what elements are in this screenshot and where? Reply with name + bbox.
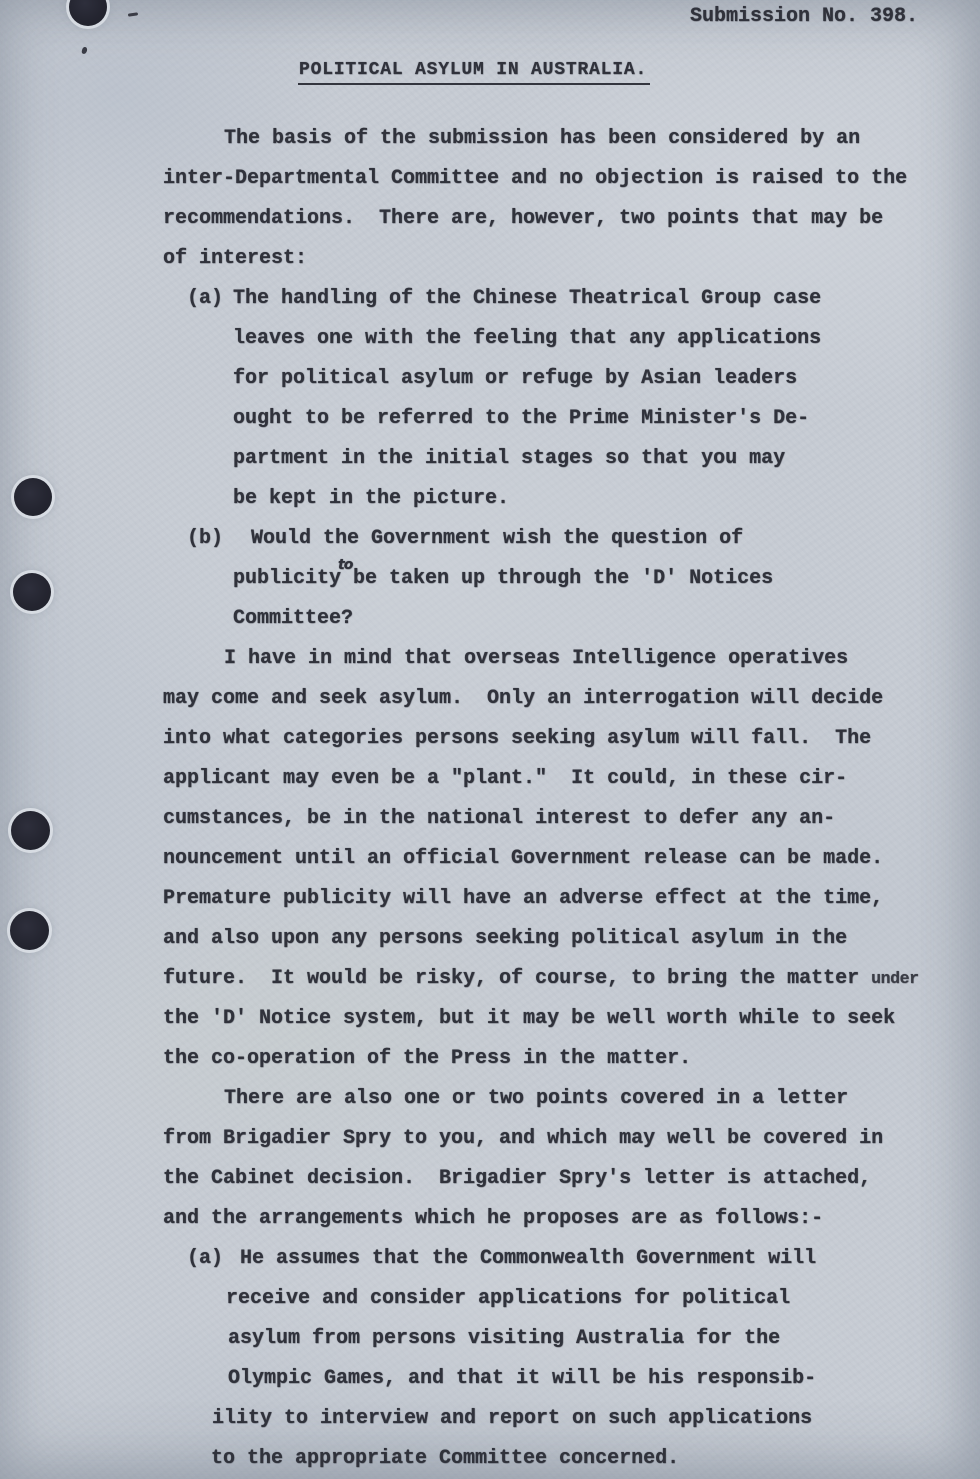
typed-text: and the arrangements which he proposes a… bbox=[163, 1207, 823, 1230]
typed-line: publicityto be taken up through the 'D' … bbox=[0, 567, 980, 593]
text-segment: and also upon any persons seeking politi… bbox=[163, 927, 847, 950]
typed-line: asylum from persons visiting Australia f… bbox=[0, 1327, 980, 1353]
typed-text: the Cabinet decision. Brigadier Spry's l… bbox=[163, 1167, 871, 1190]
document-body: The basis of the submission has been con… bbox=[0, 0, 980, 1479]
typed-line: and the arrangements which he proposes a… bbox=[0, 1207, 980, 1233]
text-segment: cumstances, be in the national interest … bbox=[163, 807, 835, 830]
typed-line: applicant may even be a "plant." It coul… bbox=[0, 767, 980, 793]
typed-text: applicant may even be a "plant." It coul… bbox=[163, 767, 847, 790]
text-segment: The handling of the Chinese Theatrical G… bbox=[233, 287, 821, 310]
typed-line: for political asylum or refuge by Asian … bbox=[0, 367, 980, 393]
text-segment: Olympic Games, and that it will be his r… bbox=[228, 1367, 816, 1390]
typed-line: into what categories persons seeking asy… bbox=[0, 727, 980, 753]
typed-line: inter-Departmental Committee and no obje… bbox=[0, 167, 980, 193]
typed-text: future. It would be risky, of course, to… bbox=[163, 967, 919, 990]
typed-line: from Brigadier Spry to you, and which ma… bbox=[0, 1127, 980, 1153]
typed-line: cumstances, be in the national interest … bbox=[0, 807, 980, 833]
text-segment: be taken up through the 'D' Notices bbox=[341, 567, 773, 590]
typed-text: nouncement until an official Government … bbox=[163, 847, 883, 870]
typed-text: be kept in the picture. bbox=[233, 487, 509, 510]
typed-line: be kept in the picture. bbox=[0, 487, 980, 513]
list-item-label: (b) bbox=[187, 527, 223, 550]
text-segment: applicant may even be a "plant." It coul… bbox=[163, 767, 847, 790]
typed-line: Premature publicity will have an adverse… bbox=[0, 887, 980, 913]
typed-line: There are also one or two points covered… bbox=[0, 1087, 980, 1113]
typed-line: of interest: bbox=[0, 247, 980, 273]
text-segment: and the arrangements which he proposes a… bbox=[163, 1207, 823, 1230]
typed-text: receive and consider applications for po… bbox=[226, 1287, 790, 1310]
typed-line: ility to interview and report on such ap… bbox=[0, 1407, 980, 1433]
typed-line: the Cabinet decision. Brigadier Spry's l… bbox=[0, 1167, 980, 1193]
typed-line: ought to be referred to the Prime Minist… bbox=[0, 407, 980, 433]
typed-text: Committee? bbox=[233, 607, 353, 630]
typed-line: partment in the initial stages so that y… bbox=[0, 447, 980, 473]
typed-line: (a)He assumes that the Commonwealth Gove… bbox=[0, 1247, 980, 1273]
text-segment: ility to interview and report on such ap… bbox=[212, 1407, 812, 1430]
typed-line: (a)The handling of the Chinese Theatrica… bbox=[0, 287, 980, 313]
typed-text: to the appropriate Committee concerned. bbox=[211, 1447, 679, 1470]
text-segment: He assumes that the Commonwealth Governm… bbox=[240, 1247, 816, 1270]
typed-line: Committee? bbox=[0, 607, 980, 633]
typed-text: I have in mind that overseas Intelligenc… bbox=[224, 647, 848, 670]
typed-line: the 'D' Notice system, but it may be wel… bbox=[0, 1007, 980, 1033]
text-segment: into what categories persons seeking asy… bbox=[163, 727, 871, 750]
typed-text: and also upon any persons seeking politi… bbox=[163, 927, 847, 950]
typed-text: partment in the initial stages so that y… bbox=[233, 447, 785, 470]
text-segment: ought to be referred to the Prime Minist… bbox=[233, 407, 809, 430]
typed-line: to the appropriate Committee concerned. bbox=[0, 1447, 980, 1473]
typed-text: He assumes that the Commonwealth Governm… bbox=[240, 1247, 816, 1270]
text-segment: from Brigadier Spry to you, and which ma… bbox=[163, 1127, 883, 1150]
typed-line: Olympic Games, and that it will be his r… bbox=[0, 1367, 980, 1393]
text-segment: inter-Departmental Committee and no obje… bbox=[163, 167, 907, 190]
typed-text: for political asylum or refuge by Asian … bbox=[233, 367, 797, 390]
text-segment: Committee? bbox=[233, 607, 353, 630]
text-segment: be kept in the picture. bbox=[233, 487, 509, 510]
text-segment: Premature publicity will have an adverse… bbox=[163, 887, 883, 910]
typed-text: ought to be referred to the Prime Minist… bbox=[233, 407, 809, 430]
typed-text: the 'D' Notice system, but it may be wel… bbox=[163, 1007, 895, 1030]
typed-line: recommendations. There are, however, two… bbox=[0, 207, 980, 233]
typed-line: and also upon any persons seeking politi… bbox=[0, 927, 980, 953]
text-segment: future. It would be risky, of course, to… bbox=[163, 967, 871, 990]
typed-text: inter-Departmental Committee and no obje… bbox=[163, 167, 907, 190]
typed-text: The handling of the Chinese Theatrical G… bbox=[233, 287, 821, 310]
typed-text: Premature publicity will have an adverse… bbox=[163, 887, 883, 910]
typed-line: the co-operation of the Press in the mat… bbox=[0, 1047, 980, 1073]
text-segment: The basis of the submission has been con… bbox=[224, 127, 860, 150]
document-page: Submission No. 398. POLITICAL ASYLUM IN … bbox=[0, 0, 980, 1479]
typed-line: (b)Would the Government wish the questio… bbox=[0, 527, 980, 553]
typed-text: asylum from persons visiting Australia f… bbox=[228, 1327, 780, 1350]
text-segment: There are also one or two points covered… bbox=[224, 1087, 848, 1110]
text-segment: asylum from persons visiting Australia f… bbox=[228, 1327, 780, 1350]
typed-line: may come and seek asylum. Only an interr… bbox=[0, 687, 980, 713]
list-item-label: (a) bbox=[187, 287, 223, 310]
text-segment: to the appropriate Committee concerned. bbox=[211, 1447, 679, 1470]
text-segment: nouncement until an official Government … bbox=[163, 847, 883, 870]
text-segment: leaves one with the feeling that any app… bbox=[233, 327, 821, 350]
typed-addition: under bbox=[871, 969, 919, 988]
text-segment: of interest: bbox=[163, 247, 307, 270]
typed-line: The basis of the submission has been con… bbox=[0, 127, 980, 153]
text-segment: publicity bbox=[233, 567, 341, 590]
typed-text: There are also one or two points covered… bbox=[224, 1087, 848, 1110]
typed-text: may come and seek asylum. Only an interr… bbox=[163, 687, 883, 710]
list-item-label: (a) bbox=[187, 1247, 223, 1270]
text-segment: recommendations. There are, however, two… bbox=[163, 207, 883, 230]
text-segment: Would the Government wish the question o… bbox=[251, 527, 743, 550]
typed-line: receive and consider applications for po… bbox=[0, 1287, 980, 1313]
typed-text: the co-operation of the Press in the mat… bbox=[163, 1047, 691, 1070]
typed-text: Would the Government wish the question o… bbox=[251, 527, 743, 550]
text-segment: receive and consider applications for po… bbox=[226, 1287, 790, 1310]
typed-text: of interest: bbox=[163, 247, 307, 270]
typed-text: ility to interview and report on such ap… bbox=[212, 1407, 812, 1430]
typed-text: Olympic Games, and that it will be his r… bbox=[228, 1367, 816, 1390]
text-segment: for political asylum or refuge by Asian … bbox=[233, 367, 797, 390]
text-segment: the Cabinet decision. Brigadier Spry's l… bbox=[163, 1167, 871, 1190]
typed-text: into what categories persons seeking asy… bbox=[163, 727, 871, 750]
typed-text: recommendations. There are, however, two… bbox=[163, 207, 883, 230]
typed-line: future. It would be risky, of course, to… bbox=[0, 967, 980, 993]
typed-line: nouncement until an official Government … bbox=[0, 847, 980, 873]
typed-text: from Brigadier Spry to you, and which ma… bbox=[163, 1127, 883, 1150]
text-segment: partment in the initial stages so that y… bbox=[233, 447, 785, 470]
typed-text: publicityto be taken up through the 'D' … bbox=[233, 567, 773, 590]
text-segment: I have in mind that overseas Intelligenc… bbox=[224, 647, 848, 670]
typed-text: cumstances, be in the national interest … bbox=[163, 807, 835, 830]
text-segment: the co-operation of the Press in the mat… bbox=[163, 1047, 691, 1070]
typed-line: leaves one with the feeling that any app… bbox=[0, 327, 980, 353]
text-segment: the 'D' Notice system, but it may be wel… bbox=[163, 1007, 895, 1030]
typed-text: The basis of the submission has been con… bbox=[224, 127, 860, 150]
typed-text: leaves one with the feeling that any app… bbox=[233, 327, 821, 350]
text-segment: may come and seek asylum. Only an interr… bbox=[163, 687, 883, 710]
typed-line: I have in mind that overseas Intelligenc… bbox=[0, 647, 980, 673]
